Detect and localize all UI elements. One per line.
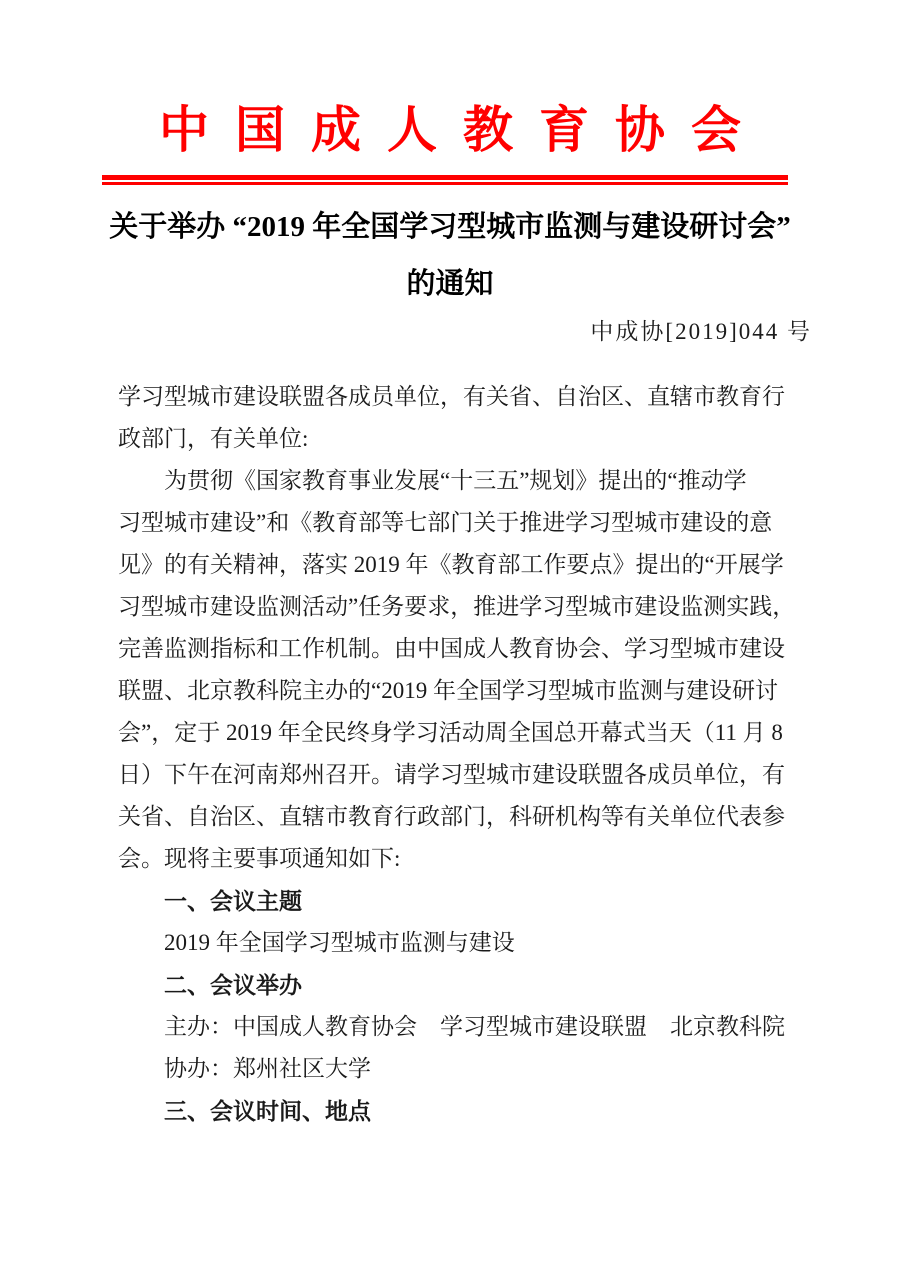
body-line: 政部门，有关单位: xyxy=(118,418,794,460)
notice-document-page: 中国成人教育协会 关于举办 “2019 年全国学习型城市监测与建设研讨会” 的通… xyxy=(0,0,900,1273)
body-line: 联盟、北京教科院主办的“2019 年全国学习型城市监测与建设研讨 xyxy=(118,670,794,712)
body-line: 为贯彻《国家教育事业发展“十三五”规划》提出的“推动学 xyxy=(118,460,794,502)
body-line: 习型城市建设监测活动”任务要求，推进学习型城市建设监测实践， xyxy=(118,586,794,628)
notice-body-text: 学习型城市建设联盟各成员单位，有关省、自治区、直辖市教育行政部门，有关单位:为贯… xyxy=(118,376,794,1132)
organization-masthead: 中国成人教育协会 xyxy=(0,100,900,160)
body-line: 关省、自治区、直辖市教育行政部门，科研机构等有关单位代表参 xyxy=(118,796,794,838)
notice-title-line1: 关于举办 “2019 年全国学习型城市监测与建设研讨会” xyxy=(0,199,900,256)
notice-title-line2: 的通知 xyxy=(0,256,900,313)
body-line: 见》的有关精神，落实 2019 年《教育部工作要点》提出的“开展学 xyxy=(118,544,794,586)
body-line: 习型城市建设”和《教育部等七部门关于推进学习型城市建设的意 xyxy=(118,502,794,544)
body-line: 完善监测指标和工作机制。由中国成人教育协会、学习型城市建设 xyxy=(118,628,794,670)
masthead-divider-rule xyxy=(102,175,788,185)
body-line: 会。现将主要事项通知如下: xyxy=(118,838,794,880)
body-line: 日）下午在河南郑州召开。请学习型城市建设联盟各成员单位，有 xyxy=(118,754,794,796)
body-line: 主办：中国成人教育协会 学习型城市建设联盟 北京教科院 xyxy=(118,1006,794,1048)
body-line: 2019 年全国学习型城市监测与建设 xyxy=(118,922,794,964)
body-line: 学习型城市建设联盟各成员单位，有关省、自治区、直辖市教育行 xyxy=(118,376,794,418)
body-line: 协办：郑州社区大学 xyxy=(118,1048,794,1090)
notice-title: 关于举办 “2019 年全国学习型城市监测与建设研讨会” 的通知 xyxy=(0,199,900,313)
document-reference-number: 中成协[2019]044 号 xyxy=(590,320,812,344)
body-section-heading: 三、会议时间、地点 xyxy=(118,1090,794,1132)
body-line: 会”，定于 2019 年全民终身学习活动周全国总开幕式当天（11 月 8 xyxy=(118,712,794,754)
body-section-heading: 一、会议主题 xyxy=(118,880,794,922)
body-section-heading: 二、会议举办 xyxy=(118,964,794,1006)
